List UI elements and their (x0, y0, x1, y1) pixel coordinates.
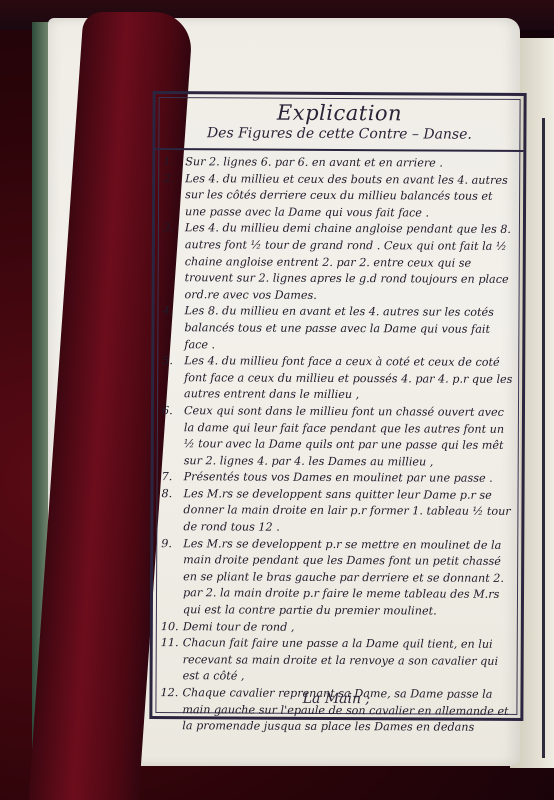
item-number: 10. (161, 619, 183, 636)
list-item: 11.Chacun fait faire une passe a la Dame… (161, 635, 515, 687)
item-number: 3. (163, 220, 185, 303)
engraved-frame: Explication Des Figures de cette Contre … (149, 91, 526, 721)
list-item: 6.Ceux qui sont dans le millieu font un … (162, 403, 516, 471)
page-header: Explication Des Figures de cette Contre … (155, 94, 523, 152)
item-text: Les M.rs se developpent p.r se mettre en… (183, 536, 515, 621)
item-number: 8. (161, 486, 183, 536)
item-text: Chacun fait faire une passe a la Dame qu… (183, 635, 515, 687)
list-item: 8.Les M.rs se developpent sans quitter l… (161, 486, 515, 538)
list-item: 1.Sur 2. lignes 6. par 6. en avant et en… (163, 154, 517, 172)
item-text: Sur 2. lignes 6. par 6. en avant et en a… (185, 154, 517, 172)
next-page-border (542, 118, 545, 758)
page-title: Explication (155, 100, 523, 126)
item-text: Demi tour de rond , (183, 619, 515, 637)
list-item: 9.Les M.rs se developpent p.r se mettre … (161, 536, 515, 621)
item-number: 6. (162, 403, 184, 469)
closing-line: La Main ; (152, 690, 520, 708)
item-number: 7. (162, 469, 184, 486)
list-item: 4.Les 8. du millieu en avant et les 4. a… (162, 303, 516, 355)
page-subtitle: Des Figures de cette Contre – Danse. (155, 125, 523, 143)
list-item: 7.Présentés tous vos Dames en moulinet p… (162, 469, 516, 487)
item-number: 4. (162, 303, 184, 353)
list-item: 10.Demi tour de rond , (161, 619, 515, 637)
item-number: 9. (161, 536, 183, 619)
item-number: 2. (163, 171, 185, 221)
figure-list: 1.Sur 2. lignes 6. par 6. en avant et en… (160, 154, 517, 737)
item-text: Les 4. du millieu demi chaine angloise p… (185, 221, 517, 306)
list-item: 2.Les 4. du millieu et ceux des bouts en… (163, 171, 517, 223)
list-item: 3.Les 4. du millieu demi chaine angloise… (163, 220, 517, 305)
item-number: 5. (162, 353, 184, 403)
item-text: Présentés tous vos Dames en moulinet par… (184, 469, 516, 487)
list-item: 5.Les 4. du millieu font face a ceux à c… (162, 353, 516, 405)
item-text: Les 4. du millieu et ceux des bouts en a… (185, 171, 517, 223)
item-text: Ceux qui sont dans le millieu font un ch… (184, 403, 516, 471)
item-text: Les M.rs se developpent sans quitter leu… (183, 486, 515, 538)
item-number: 1. (163, 154, 185, 171)
item-text: Les 8. du millieu en avant et les 4. aut… (184, 304, 516, 356)
item-text: Les 4. du millieu font face a ceux à cot… (184, 353, 516, 405)
item-number: 11. (161, 635, 183, 685)
